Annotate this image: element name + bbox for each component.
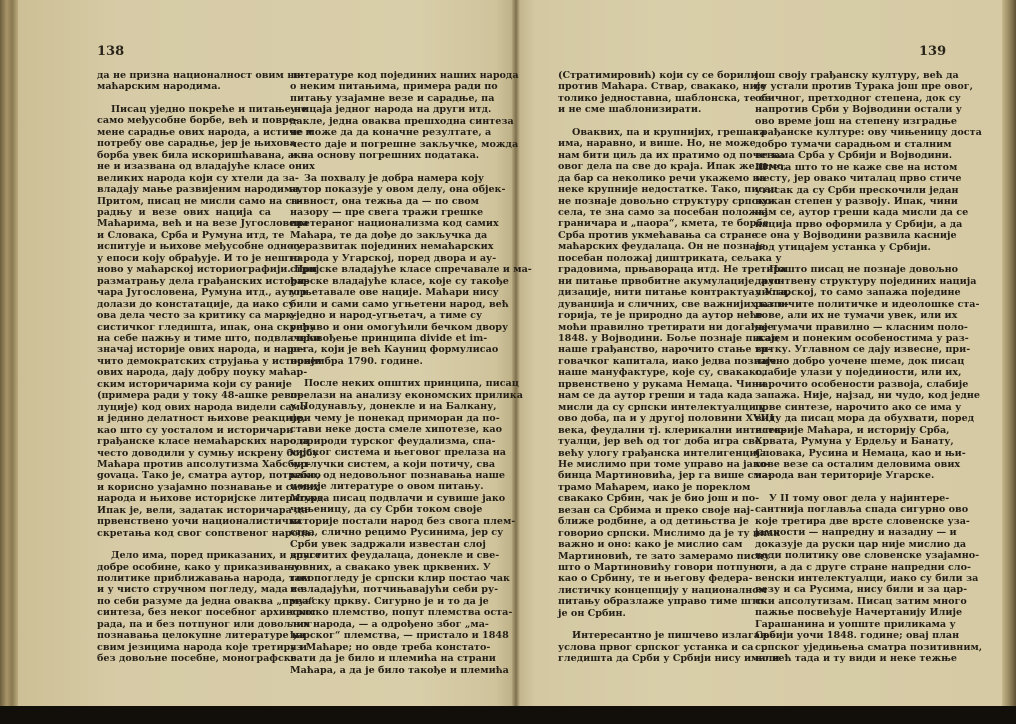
text-line: и једино делатност њихове реакције, bbox=[97, 413, 271, 424]
text-line: Мартиновић, те зато замерамо писцу bbox=[558, 551, 740, 562]
text-line: хове везе са осталим деловима ових bbox=[755, 459, 936, 470]
text-line: лих народа, — а одрођено због „ма- bbox=[290, 619, 479, 630]
text-line: новије литературе о овом питању. bbox=[290, 481, 479, 492]
text-line: дуванџија и сличних, све важнијих кате- bbox=[558, 299, 740, 310]
text-line: Хрвата, Румуна у Ердељу и Банату, bbox=[755, 436, 936, 447]
text-line: друштвену структуру појединих нација bbox=[755, 276, 936, 287]
text-line: чито демократских струјања у историји bbox=[97, 356, 271, 367]
text-line: под утицајем устанка у Србији. bbox=[755, 242, 936, 253]
text-line: нам се да аутор греши и тада када bbox=[558, 390, 740, 401]
text-line: наше грађанство, нарочито стање тр- bbox=[558, 344, 740, 355]
open-book: 138 139 да не призна националност овим н… bbox=[0, 0, 1016, 718]
text-line: при чему је понекад приморан да по- bbox=[290, 413, 479, 424]
text-line: долази до констатације, да иако су bbox=[97, 299, 271, 310]
text-line: води политику ове словенске узајамно- bbox=[755, 550, 936, 561]
text-line: систичког гледишта, ипак, она скрећу bbox=[97, 322, 271, 333]
text-line: народа у Угарској, поред двора и ау- bbox=[290, 253, 479, 264]
text-line: испитује и њихове међусобне односе bbox=[97, 241, 271, 252]
text-line: уз Маћаре; но овде треба констато- bbox=[290, 642, 479, 653]
text-line: месту, јер овако читалац прво стиче bbox=[755, 173, 936, 184]
text-line: нарочито особености развоја, слабије bbox=[755, 379, 936, 390]
text-line: мене сарадње ових народа, а истиче и bbox=[97, 127, 271, 138]
text-line: како, од недовољног познавања наше bbox=[290, 470, 479, 481]
text-line: ђарског“ племства, — пристало и 1848 bbox=[290, 630, 479, 641]
text-line: утицаја једног народа на други итд. bbox=[290, 104, 479, 115]
text-line: хијског система и његовог прелаза на bbox=[290, 447, 479, 458]
text-line: о природи турског феудализма, спа- bbox=[290, 436, 479, 447]
text-line: аутор показује у овом делу, она објек- bbox=[290, 184, 479, 195]
text-line: везама Срба у Србији и Војводини. bbox=[755, 150, 936, 161]
book-gutter bbox=[512, 0, 520, 712]
text-line: различите политичке и идеолошке ста- bbox=[755, 299, 936, 310]
text-line: товних, а свакако увек црквених. У bbox=[290, 562, 479, 573]
text-line: јамности — напредну и назадну — и bbox=[755, 527, 936, 538]
text-line: услова првог српског устанка и са bbox=[558, 642, 740, 653]
text-line: не може да да коначне резултате, а bbox=[290, 127, 479, 138]
text-line: српског уједињења сматра позитивним, bbox=[755, 642, 936, 653]
text-line: не и изазвана од владајуће класе оних bbox=[97, 161, 271, 172]
text-line: дизације, нити питање контрактуалиста, bbox=[558, 287, 740, 298]
text-line: посебан положај диштриката, сељака у bbox=[558, 253, 740, 264]
text-line: лично добро уочене шеме, док писац bbox=[755, 356, 936, 367]
paragraph: У II тому овог дела у најинтере-сантнија… bbox=[755, 493, 936, 665]
text-line: не тумачи правилно — класним поло- bbox=[755, 322, 936, 333]
text-line: века, феудални тј. клерикални интелек- bbox=[558, 425, 740, 436]
text-line: Оваквих, па и крупнијих, грешака bbox=[558, 127, 740, 138]
text-line: граничара и „паора“, кмета, те борбе bbox=[558, 218, 740, 229]
paragraph: Дело има, поред приказаних, и другедобре… bbox=[97, 550, 271, 665]
text-line: ова дела често за критику са марк- bbox=[97, 310, 271, 321]
paragraph: Интересантно је пишчево излагањеуслова п… bbox=[558, 630, 740, 664]
text-line: доказује да руски цар није мислио да bbox=[755, 539, 936, 550]
text-line: везу и са Русима, нису били и за цар- bbox=[755, 584, 936, 595]
text-line: прве синтезе, нарочито ако се има у bbox=[755, 402, 936, 413]
text-line: историје постали народ без свога плем- bbox=[290, 516, 479, 527]
text-line: утисак да су Срби прескочили један bbox=[755, 185, 936, 196]
text-line: листичку концепцију у националном bbox=[558, 585, 740, 596]
text-line: туалци, јер већ од тог доба игра све bbox=[558, 436, 740, 447]
text-line: везан са Србима и преко своје нај- bbox=[558, 505, 740, 516]
text-line: наше мануфактуре, које су, свакако, bbox=[558, 367, 740, 378]
text-line: првенствено у рукама Немаца. Чини bbox=[558, 379, 740, 390]
text-line: (примера ради у току 48-ашке рево- bbox=[97, 390, 271, 401]
text-line: литературе код појединих наших народа bbox=[290, 70, 479, 81]
background-shadow bbox=[0, 706, 1016, 724]
paragraph: још своју грађанску културу, већ дасу ус… bbox=[755, 70, 936, 253]
text-line: стави неке доста смеле хипотезе, као bbox=[290, 424, 479, 435]
text-line: угњетавале ове нације. Маћари нису bbox=[290, 287, 479, 298]
text-line: Писац уједно покреће и питање не bbox=[97, 104, 271, 115]
text-line: pera, који је већ Кауниц формулисао bbox=[290, 344, 479, 355]
text-line: без довољне посебне, монографске bbox=[97, 653, 271, 664]
text-line: том погледу је српски клир постао чак bbox=[290, 573, 479, 584]
text-line: потребу ове сарадње, јер је њихова bbox=[97, 138, 271, 149]
text-line: уједно и народ-угњетач, а тиме су bbox=[290, 310, 479, 321]
text-line: Дело има, поред приказаних, и друге bbox=[97, 550, 271, 561]
text-line: често доводили у сумњу искрену борбу bbox=[97, 448, 271, 459]
text-line: добре особине, како у приказивању bbox=[97, 562, 271, 573]
text-line: Пошто писац не познаје довољно bbox=[755, 264, 936, 275]
right-page-column-2: још своју грађанску културу, већ дасу ус… bbox=[755, 70, 936, 665]
text-line: властитих феудалаца, донекле и све- bbox=[290, 550, 479, 561]
text-line: грађанске класе немаћарских народа bbox=[97, 436, 271, 447]
text-line: и у чисто стручном погледу, мада се bbox=[97, 584, 271, 595]
text-line: да бар са неколико речи укажемо на bbox=[558, 173, 740, 184]
text-line: толико једноставна, шаблонска, те се bbox=[558, 93, 740, 104]
text-line: нам се, аутор греши када мисли да се bbox=[755, 207, 936, 218]
text-line: не познаје довољно структуру српског bbox=[558, 196, 740, 207]
text-line: новембра 1790. године. bbox=[290, 356, 479, 367]
text-line: грађанске културе: ову чињеницу доста bbox=[755, 127, 936, 138]
text-line: маћарским народима. bbox=[97, 81, 271, 92]
text-line: политике приближавања народа, тако bbox=[97, 573, 271, 584]
left-page-column-2: литературе код појединих наших народао н… bbox=[290, 70, 479, 676]
text-line: ства, слично рецимо Русинима, јер су bbox=[290, 527, 479, 538]
text-line: као о Србину, те и његову федера- bbox=[558, 573, 740, 584]
text-line: скретања код свог сопственог народа. bbox=[97, 528, 271, 539]
text-line: Не мислимо при томе управо на јако- bbox=[558, 459, 740, 470]
text-line: су устали против Турака још пре овог, bbox=[755, 81, 936, 92]
text-line: свим језицима народа које третира и bbox=[97, 642, 271, 653]
text-line: жајем и понеким особеностима у раз- bbox=[755, 333, 936, 344]
text-line: прелази на анализу економских прилика bbox=[290, 390, 479, 401]
text-line: Гарашанина и уопште приликама у bbox=[755, 619, 936, 630]
text-line: сти, а да с друге стране напредни сло- bbox=[755, 562, 936, 573]
text-line: ових народа, дају добру поуку маћар- bbox=[97, 367, 271, 378]
text-line: добро тумачи сарадњом и сталним bbox=[755, 139, 936, 150]
text-line: мунску цркву. Сигурно је и то да је bbox=[290, 596, 479, 607]
text-line: Маћара, те да дође до закључка да bbox=[290, 230, 479, 241]
text-line: Срба против укмећавања са стране bbox=[558, 230, 740, 241]
text-line: на себе пажњу и тиме што, подвлачећи bbox=[97, 333, 271, 344]
left-page-column-1: да не призна националност овим не-маћарс… bbox=[97, 70, 271, 665]
text-line: били и сами само угњетени народ, већ bbox=[290, 299, 479, 310]
text-line: у епоси коју обрађује. И то је нешто bbox=[97, 253, 271, 264]
text-line: српско племство, попут племства оста- bbox=[290, 607, 479, 618]
text-line: тивност, она тежња да — по свом bbox=[290, 196, 479, 207]
text-line: вати да је било и племића на страни bbox=[290, 653, 479, 664]
paragraph: Писац уједно покреће и питање несамо међ… bbox=[97, 104, 271, 539]
text-line: народа и њихове историјске литературе. bbox=[97, 493, 271, 504]
text-line: које третира две врсте словенске уза- bbox=[755, 516, 936, 527]
text-line: у Угарској, то само запажа поједине bbox=[755, 287, 936, 298]
text-line: и на основу погрешних података. bbox=[290, 150, 479, 161]
paragraph: Пошто писац не познаје довољнодруштвену … bbox=[755, 264, 936, 482]
paragraph: За похвалу је добра намера којуаутор пок… bbox=[290, 173, 479, 368]
paragraph: литературе код појединих наших народао н… bbox=[290, 70, 479, 162]
text-line: ђарске владајуће класе, које су такође bbox=[290, 276, 479, 287]
text-line: и владајући, потчињавајући себи ру- bbox=[290, 584, 479, 595]
page-number-left: 138 bbox=[97, 44, 124, 59]
text-line: Србији уочи 1848. године; овај план bbox=[755, 630, 936, 641]
text-line: има, наравно, и више. Но, не може bbox=[558, 138, 740, 149]
text-line: чара Југословена, Румуна итд., аутор bbox=[97, 287, 271, 298]
text-line: маћарских феудалаца. Он не познаје bbox=[558, 241, 740, 252]
text-line: синтеза, без неког посебног архивског bbox=[97, 607, 271, 618]
text-line: но већ тада и ту види и неке тежње bbox=[755, 653, 936, 664]
text-line: градовима, прњаворaца итд. Не третира bbox=[558, 264, 740, 275]
text-line: неке крупније недостатке. Тако, писац bbox=[558, 184, 740, 195]
paragraph: (Стратимировић) који су се борилипротив … bbox=[558, 70, 740, 116]
text-line: За похвалу је добра намера коју bbox=[290, 173, 479, 184]
text-line: Маћара против апсолутизма Хабсбур- bbox=[97, 459, 271, 470]
text-line: ближе родбине, а од детињства је bbox=[558, 516, 740, 527]
text-line: је он Србин. bbox=[558, 608, 740, 619]
text-line: чињеницу, да су Срби током своје bbox=[290, 504, 479, 515]
text-line: села, те зна само за посебан положај bbox=[558, 207, 740, 218]
text-line: питању узајамне везе и сарадње, па bbox=[290, 93, 479, 104]
text-line: разматрању дела грађанских истори- bbox=[97, 276, 271, 287]
text-line: стријске владајуће класе спречавале и ма… bbox=[290, 264, 479, 275]
text-line: горија, те је природно да аутор неће bbox=[558, 310, 740, 321]
text-line: Маћара, а да је било такође и племића bbox=[290, 665, 479, 676]
text-line: вове, али их не тумачи увек, или их bbox=[755, 310, 936, 321]
text-line: и не сме шаблонизирати. bbox=[558, 104, 740, 115]
text-line: Притом, писац не мисли само на са- bbox=[97, 196, 271, 207]
text-line: важно и оно: како је мислио сам bbox=[558, 539, 740, 550]
text-line: ским историчарима који су раније bbox=[97, 379, 271, 390]
text-line: још своју грађанску културу, већ да bbox=[755, 70, 936, 81]
text-line: историје Маћара, и историју Срба, bbox=[755, 425, 936, 436]
text-line: говачког капитала, иако једва познаје bbox=[558, 356, 740, 367]
text-line: се она у Војводини развила касније bbox=[755, 230, 936, 241]
paragraph: Оваквих, па и крупнијих, грешакаима, нар… bbox=[558, 127, 740, 619]
text-line: су развитак појединих немаћарских bbox=[290, 241, 479, 252]
text-line: само међусобне борбе, већ и повре- bbox=[97, 115, 271, 126]
text-line: витку. Углавном се дају извесне, при- bbox=[755, 344, 936, 355]
paragraph: После неких општих принципа, писацпрелаз… bbox=[290, 378, 479, 676]
text-line: 1848. у Војводини. Боље познаје писац bbox=[558, 333, 740, 344]
text-line: претераног национализма код самих bbox=[290, 218, 479, 229]
text-line: управо и они омогућили бечком двору bbox=[290, 322, 479, 333]
text-line: читлучки систем, а који потичу, сва bbox=[290, 459, 479, 470]
text-line: познавања целокупне литературе на bbox=[97, 630, 271, 641]
text-line: трамо Маћарем, иако је пореклом bbox=[558, 482, 740, 493]
text-line: борба увек била искоришћавана, ако bbox=[97, 150, 271, 161]
text-line: нужан степен у развоју. Ипак, чини bbox=[755, 196, 936, 207]
text-line: спровођење принципа divide et im- bbox=[290, 333, 479, 344]
text-line: у Подунављу, донекле и на Балкану, bbox=[290, 401, 479, 412]
text-line: народа ван територије Угарске. bbox=[755, 470, 936, 481]
text-line: питању образлаже управо тиме што bbox=[558, 596, 740, 607]
text-line: значај историје ових народа, и наро- bbox=[97, 344, 271, 355]
text-line: радњу и везе ових нација са bbox=[97, 207, 271, 218]
text-line: овог дела па све до краја. Ипак желимо, bbox=[558, 161, 740, 172]
page-number-right: 139 bbox=[919, 44, 946, 59]
text-line: и корисно узајамно познавање и самих bbox=[97, 482, 271, 493]
text-line: против Маћара. Ствар, свакако, није bbox=[558, 81, 740, 92]
text-line: ски апсолутизам. Писац затим много bbox=[755, 596, 936, 607]
text-line: (Стратимировић) који су се борили bbox=[558, 70, 740, 81]
text-line: Маћарима, већ и на везе Југословена bbox=[97, 218, 271, 229]
text-line: већу улогу грађанска интелигенција. bbox=[558, 448, 740, 459]
text-line: Штета што то не каже све на истом bbox=[755, 162, 936, 173]
text-line: о неким питањима, примера ради по bbox=[290, 81, 479, 92]
text-line: запажа. Није, најзад, ни чудо, код једне bbox=[755, 390, 936, 401]
text-line: и Словака, Срба и Румуна итд, те bbox=[97, 230, 271, 241]
text-line: виду да писац мора да обухвати, поред bbox=[755, 413, 936, 424]
text-line: У II тому овог дела у најинтере- bbox=[755, 493, 936, 504]
text-line: често даје и погрешне закључке, можда bbox=[290, 139, 479, 150]
text-line: ни питање првобитне акумулације, ало- bbox=[558, 276, 740, 287]
text-line: Срби увек задржали известан слој bbox=[290, 539, 479, 550]
text-line: Интересантно је пишчево излагање bbox=[558, 630, 740, 641]
text-line: по себи разуме да једна оваква „прва“ bbox=[97, 596, 271, 607]
text-line: пажње посвећује Начертанију Илије bbox=[755, 607, 936, 618]
text-line: сантнија поглавља спада сигурно ово bbox=[755, 504, 936, 515]
text-line: ово време још на степену изградње bbox=[755, 116, 936, 127]
text-line: слабије улази у појединости, или их, bbox=[755, 367, 936, 378]
text-line: Можда писац подвлачи и сувише јако bbox=[290, 493, 479, 504]
text-line: ново у маћарској историографији. При bbox=[97, 264, 271, 275]
text-line: дакле, једна оваква прешходна синтеза bbox=[290, 116, 479, 127]
text-line: владају мање развијеним народима. bbox=[97, 184, 271, 195]
text-line: нација прво оформила у Србији, а да bbox=[755, 219, 936, 230]
text-line: назору — пре свега тражи грешке bbox=[290, 207, 479, 218]
text-line: После неких општих принципа, писац bbox=[290, 378, 479, 389]
text-line: обичног, претходног степена, док су bbox=[755, 93, 936, 104]
text-line: да не призна националност овим не- bbox=[97, 70, 271, 81]
text-line: напротив Срби у Војводини остали у bbox=[755, 104, 936, 115]
text-line: првенствено уочи националистичка bbox=[97, 516, 271, 527]
text-line: мисли да су српски интелектуалци у bbox=[558, 402, 740, 413]
text-line: govaца. Тако је, сматра аутор, потребно bbox=[97, 470, 271, 481]
text-line: Словака, Русина и Немаца, као и њи- bbox=[755, 448, 936, 459]
text-line: луције) код ових народа видели само bbox=[97, 402, 271, 413]
text-line: рада, па и без потпуног или довољног bbox=[97, 619, 271, 630]
text-line: говорио српски. Мислимо да је ту ипак bbox=[558, 528, 740, 539]
text-line: моћи правилно третирати ни догађаје bbox=[558, 322, 740, 333]
text-line: што о Мартиновићу говори потпуно bbox=[558, 562, 740, 573]
book-page-edges-right bbox=[1002, 0, 1016, 712]
right-page-column-1: (Стратимировић) који су се борилипротив … bbox=[558, 70, 740, 665]
text-line: гледишта да Срби у Србији нису имали bbox=[558, 653, 740, 664]
text-line: као што су уосталом и историчари bbox=[97, 425, 271, 436]
paragraph: да не призна националност овим не-маћарс… bbox=[97, 70, 271, 93]
text-line: нам бити циљ да их пратимо од почетка bbox=[558, 150, 740, 161]
text-line: ово доба, па и у другој половини XVIII bbox=[558, 413, 740, 424]
text-line: свакако Србин, чак је био још и по- bbox=[558, 493, 740, 504]
text-line: венски интелектуалци, иако су били за bbox=[755, 573, 936, 584]
text-line: Ипак је, вели, задатак историчара да bbox=[97, 505, 271, 516]
text-line: бинца Мартиновића, јер га више сма- bbox=[558, 470, 740, 481]
text-line: великих народа који су хтели да за- bbox=[97, 173, 271, 184]
